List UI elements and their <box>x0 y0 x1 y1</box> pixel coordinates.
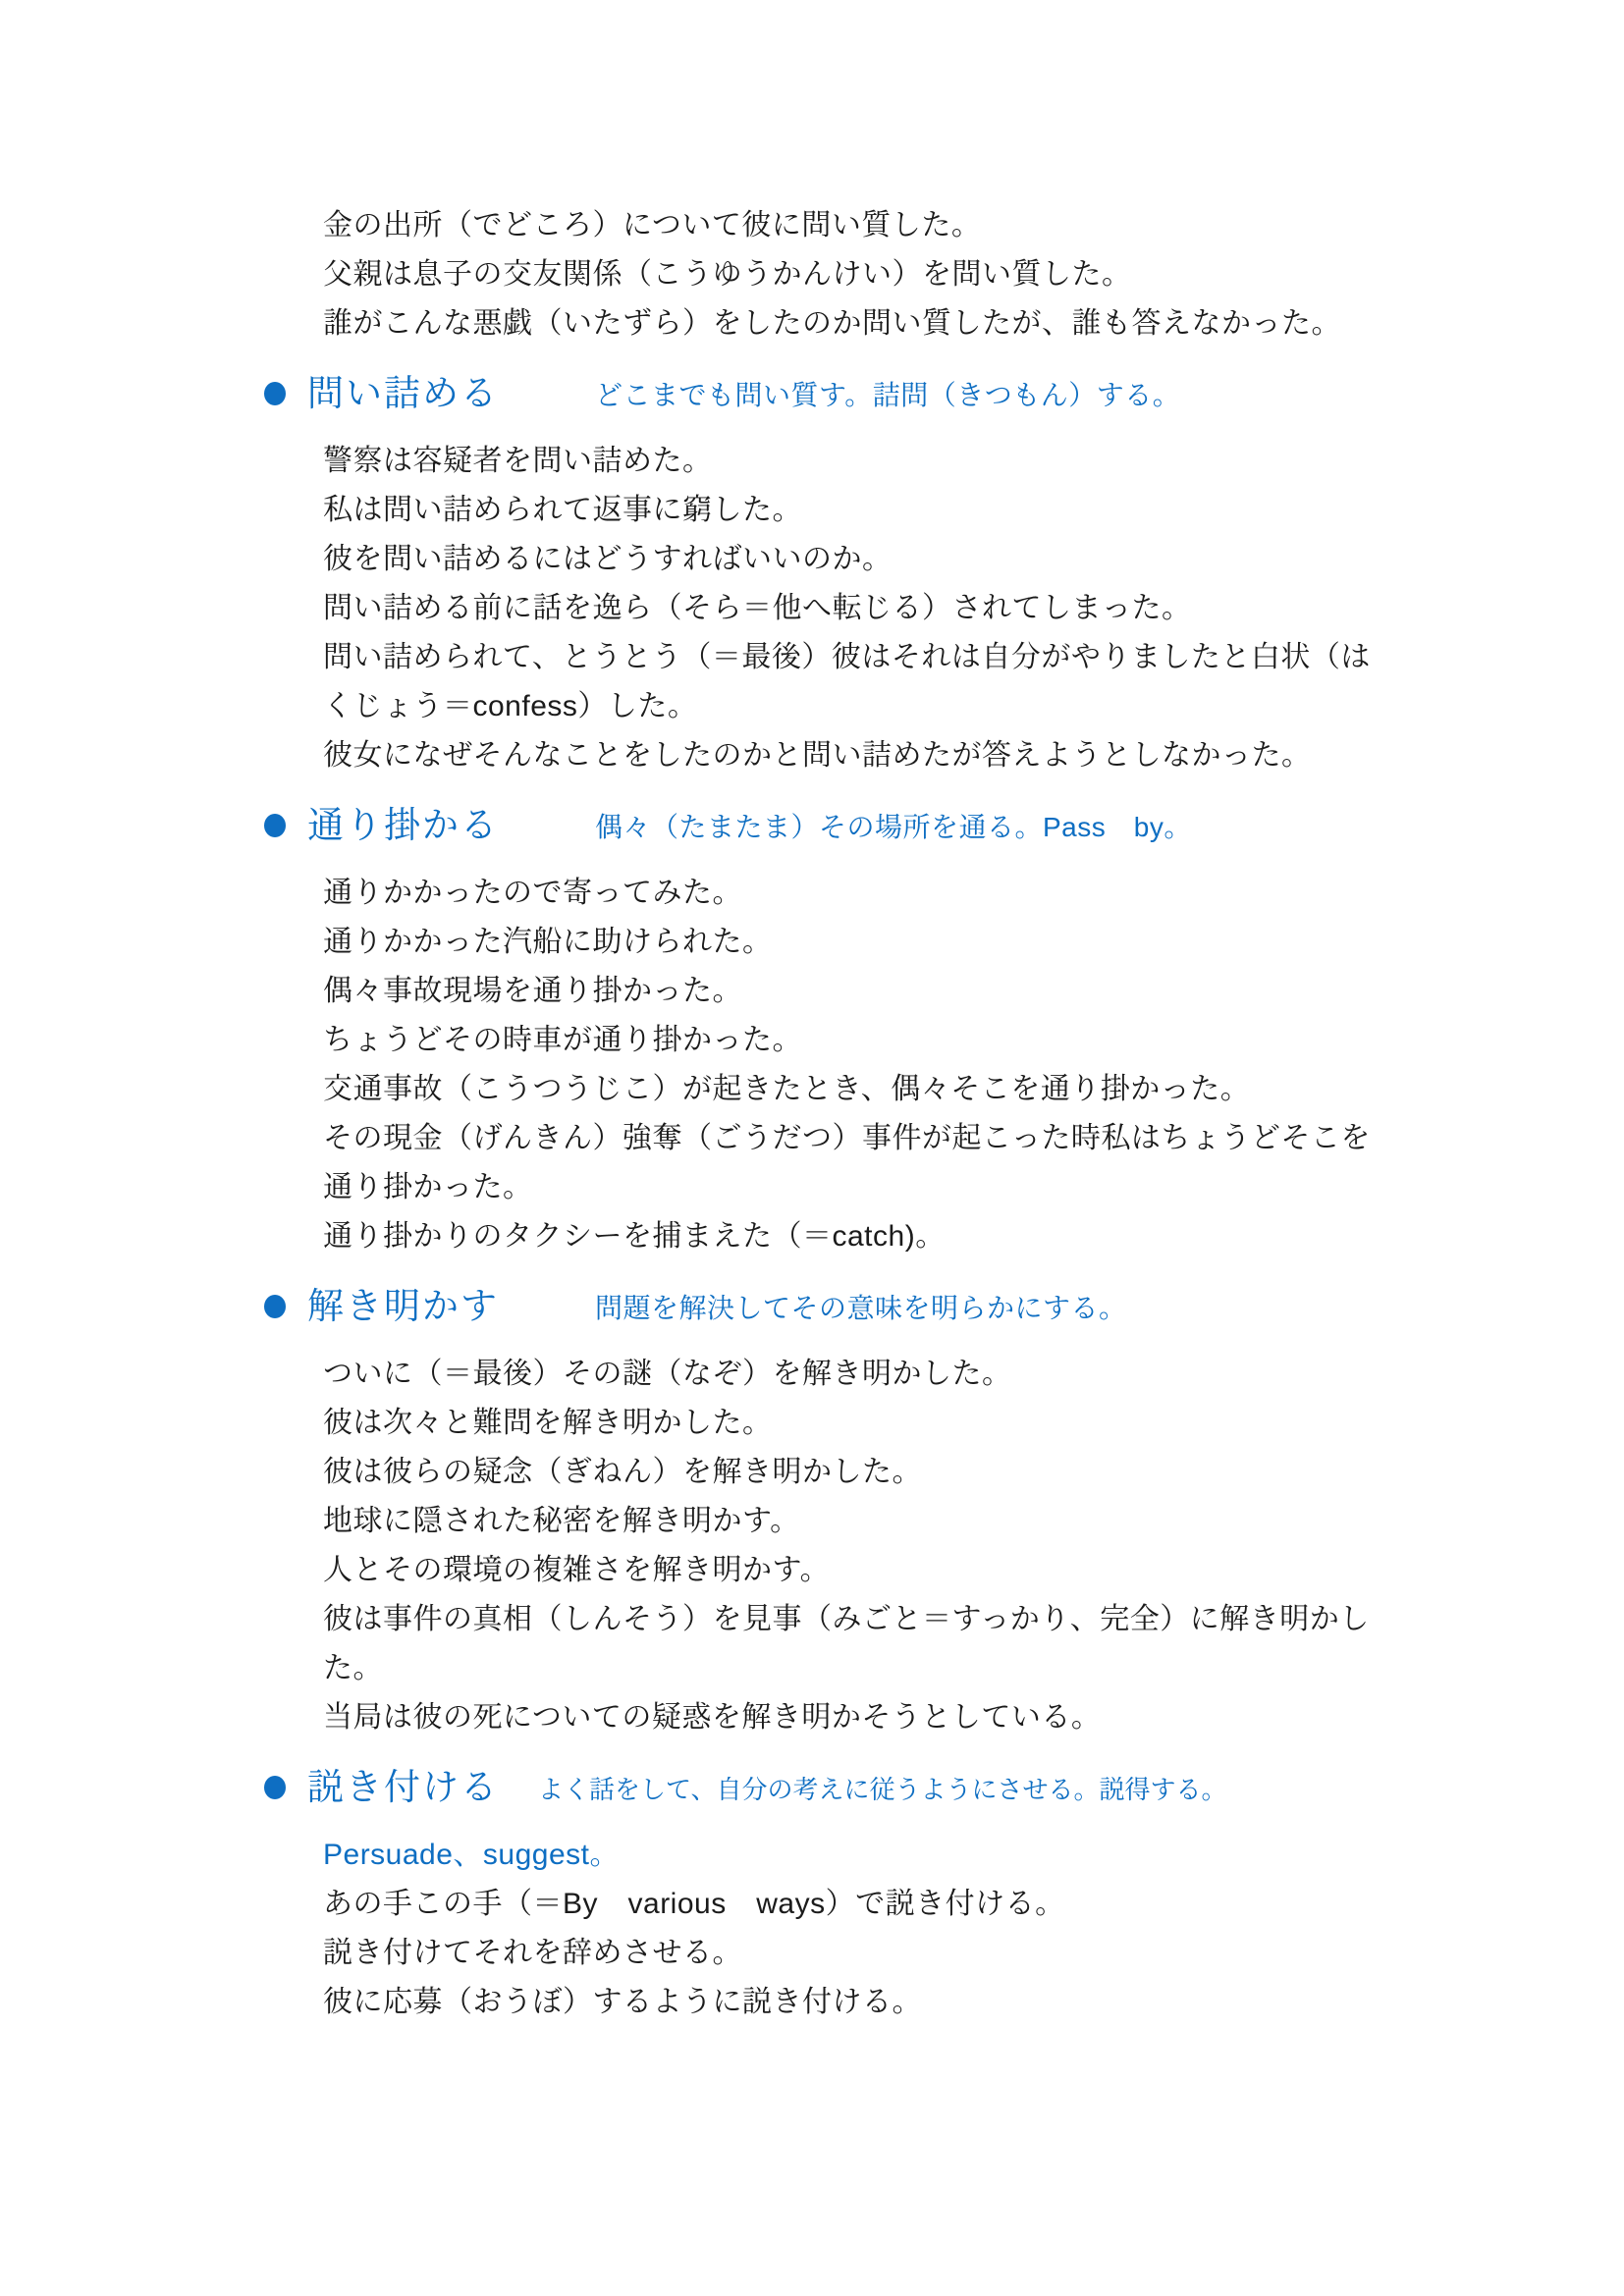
example-sentence: ついに（＝最後）その謎（なぞ）を解き明かした。 <box>323 1350 1383 1399</box>
example-sentence: 金の出所（でどころ）について彼に問い質した。 <box>323 201 1383 250</box>
example-sentence: 交通事故（こうつうじこ）が起きたとき、偶々そこを通り掛かった。 <box>323 1065 1383 1114</box>
example-sentence: 問い詰める前に話を逸ら（そら＝他へ転じる）されてしまった。 <box>323 584 1383 633</box>
definition: 偶々（たまたま）その場所を通る。Pass by。 <box>595 806 1192 845</box>
example-list: Persuade、suggest。 あの手この手（＝By various way… <box>323 1831 1383 2027</box>
example-sentence: 誰がこんな悪戯（いたずら）をしたのか問い質したが、誰も答えなかった。 <box>323 299 1383 348</box>
bullet-icon <box>264 382 286 405</box>
example-list: 通りかかったので寄ってみた。 通りかかった汽船に助けられた。 偶々事故現場を通り… <box>323 869 1383 1261</box>
bullet-icon <box>264 1295 286 1318</box>
example-sentence: 彼は事件の真相（しんそう）を見事（みごと＝すっかり、完全）に解き明かした。 <box>323 1595 1383 1693</box>
definition: どこまでも問い質す。詰問（きつもん）する。 <box>595 374 1180 413</box>
example-sentence: 問い詰められて、とうとう（＝最後）彼はそれは自分がやりましたと白状（はくじょう＝… <box>323 633 1383 731</box>
entry-torikakaru: 通り掛かる 偶々（たまたま）その場所を通る。Pass by。 通りかかったので寄… <box>323 800 1398 1261</box>
example-sentence: 彼を問い詰めるにはどうすればいいのか。 <box>323 535 1383 584</box>
entry-header: 説き付ける よく話をして、自分の考えに従うようにさせる。説得する。 <box>264 1762 1398 1813</box>
entry-tokiakasu: 解き明かす 問題を解決してその意味を明らかにする。 ついに（＝最後）その謎（なぞ… <box>323 1281 1398 1742</box>
headword: 問い詰める <box>307 368 499 419</box>
definition-continued: Persuade、suggest。 <box>323 1831 1383 1880</box>
headword: 通り掛かる <box>307 800 499 851</box>
definition: よく話をして、自分の考えに従うようにさせる。説得する。 <box>538 1770 1226 1806</box>
entry-tokitsukeru: 説き付ける よく話をして、自分の考えに従うようにさせる。説得する。 Persua… <box>323 1762 1398 2027</box>
entry-toitsumeru: 問い詰める どこまでも問い質す。詰問（きつもん）する。 警察は容疑者を問い詰めた… <box>323 368 1398 780</box>
entry-header: 通り掛かる 偶々（たまたま）その場所を通る。Pass by。 <box>264 800 1398 851</box>
entry-header: 問い詰める どこまでも問い質す。詰問（きつもん）する。 <box>264 368 1398 419</box>
example-sentence: 彼は次々と難問を解き明かした。 <box>323 1399 1383 1448</box>
entry-header: 解き明かす 問題を解決してその意味を明らかにする。 <box>264 1281 1398 1332</box>
example-sentence: 地球に隠された秘密を解き明かす。 <box>323 1497 1383 1546</box>
headword: 解き明かす <box>307 1281 499 1332</box>
example-sentence: 当局は彼の死についての疑惑を解き明かそうとしている。 <box>323 1693 1383 1742</box>
example-sentence: 父親は息子の交友関係（こうゆうかんけい）を問い質した。 <box>323 250 1383 299</box>
example-sentence: 説き付けてそれを辞めさせる。 <box>323 1929 1383 1978</box>
example-sentence: 彼女になぜそんなことをしたのかと問い詰めたが答えようとしなかった。 <box>323 731 1383 780</box>
example-sentence: 彼は彼らの疑念（ぎねん）を解き明かした。 <box>323 1448 1383 1497</box>
example-sentence: 彼に応募（おうぼ）するように説き付ける。 <box>323 1978 1383 2027</box>
example-sentence: 偶々事故現場を通り掛かった。 <box>323 967 1383 1016</box>
definition: 問題を解決してその意味を明らかにする。 <box>595 1287 1127 1326</box>
example-sentence: 私は問い詰められて返事に窮した。 <box>323 486 1383 535</box>
example-sentence: 警察は容疑者を問い詰めた。 <box>323 437 1383 486</box>
headword: 説き付ける <box>307 1762 499 1813</box>
example-sentence: 通り掛かりのタクシーを捕まえた（＝catch)。 <box>323 1212 1383 1261</box>
intro-example-list: 金の出所（でどころ）について彼に問い質した。 父親は息子の交友関係（こうゆうかん… <box>323 201 1383 348</box>
bullet-icon <box>264 1776 286 1799</box>
example-sentence: 通りかかった汽船に助けられた。 <box>323 918 1383 967</box>
example-sentence: あの手この手（＝By various ways）で説き付ける。 <box>323 1880 1383 1929</box>
example-list: 警察は容疑者を問い詰めた。 私は問い詰められて返事に窮した。 彼を問い詰めるには… <box>323 437 1383 780</box>
bullet-icon <box>264 814 286 837</box>
example-list: ついに（＝最後）その謎（なぞ）を解き明かした。 彼は次々と難問を解き明かした。 … <box>323 1350 1383 1742</box>
example-sentence: その現金（げんきん）強奪（ごうだつ）事件が起こった時私はちょうどそこを通り掛かっ… <box>323 1114 1383 1212</box>
example-sentence: 通りかかったので寄ってみた。 <box>323 869 1383 918</box>
example-sentence: 人とその環境の複雑さを解き明かす。 <box>323 1546 1383 1595</box>
example-sentence: ちょうどその時車が通り掛かった。 <box>323 1016 1383 1065</box>
document-page: 金の出所（でどころ）について彼に問い質した。 父親は息子の交友関係（こうゆうかん… <box>0 0 1624 2296</box>
